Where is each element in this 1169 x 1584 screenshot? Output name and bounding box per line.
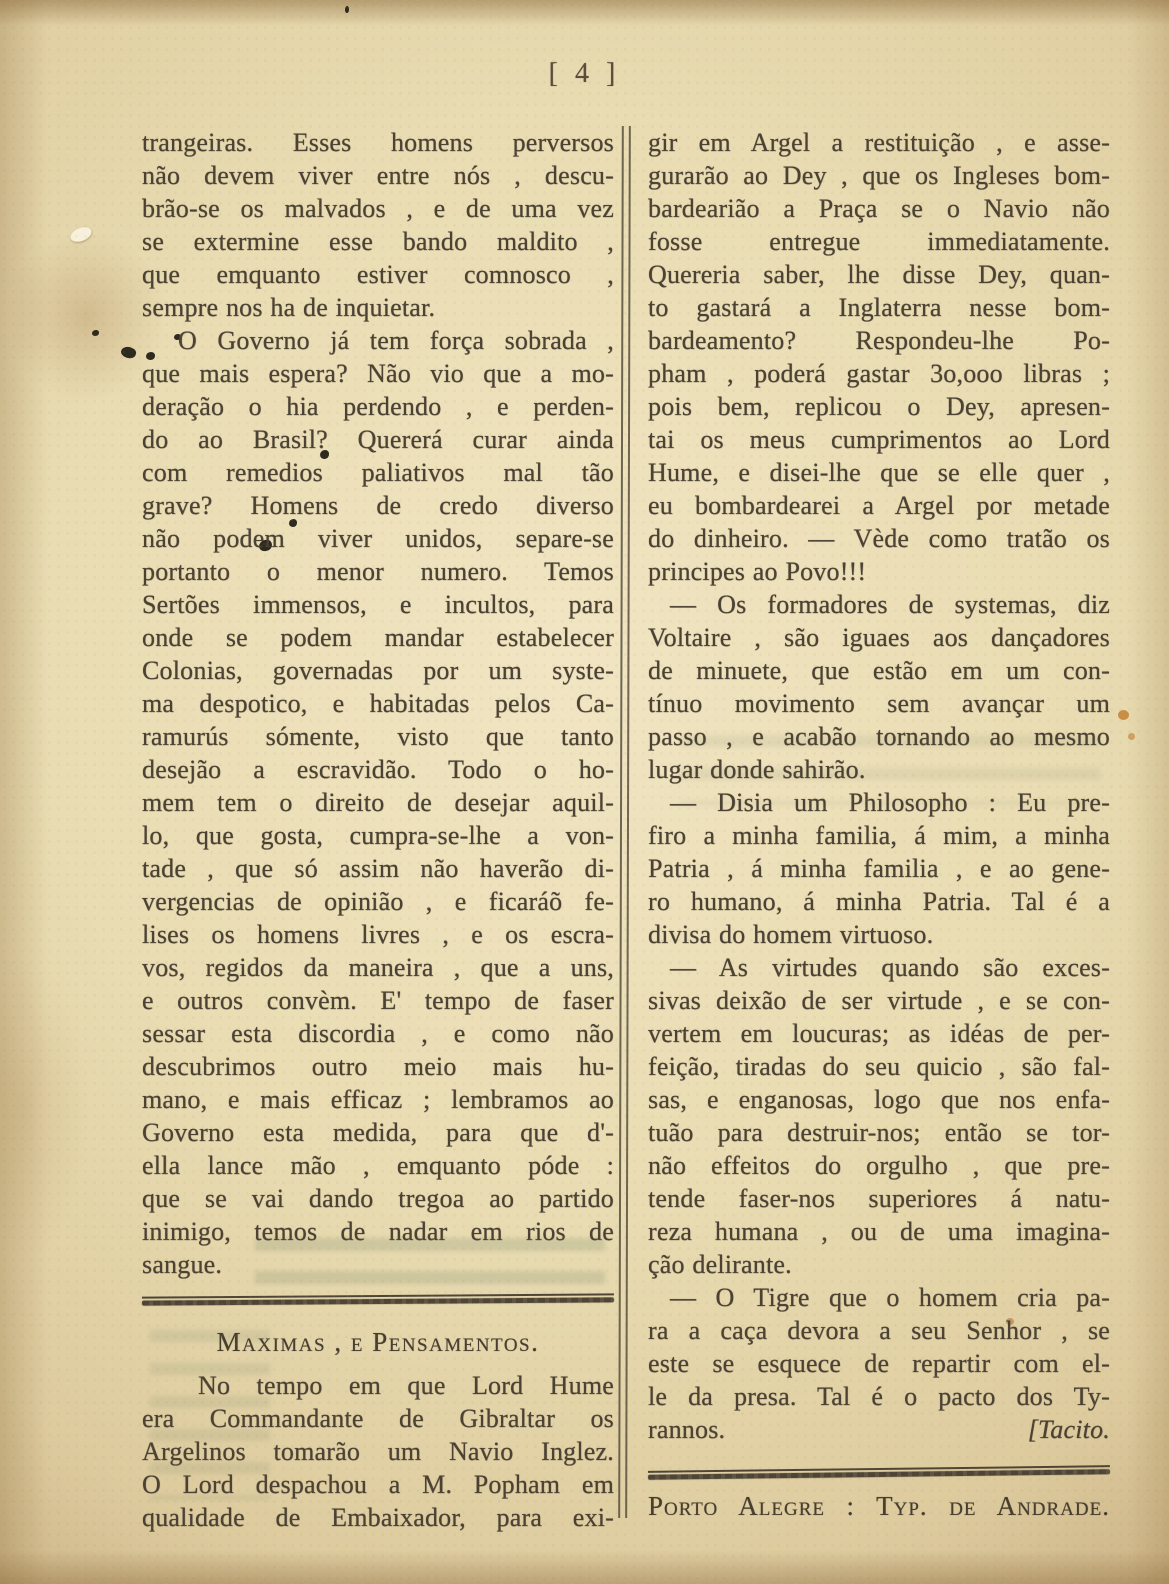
rust-spot <box>1128 733 1135 740</box>
text-line: descubrimos outro meio mais hu- <box>142 1050 614 1083</box>
text-line: passo , e acabão tornando ao mesmo <box>648 720 1110 753</box>
text-line: ro humano, á minha Patria. Tal é a <box>648 885 1110 918</box>
text-line: era Commandante de Gibraltar os <box>142 1402 614 1435</box>
text-line: divisa do homem virtuoso. <box>648 918 1110 951</box>
right-column-paragraphs: gir em Argel a restituição , e asse-gura… <box>648 126 1110 1446</box>
imprint-divider-rule <box>648 1465 1110 1480</box>
text-line: sangue. <box>142 1248 614 1281</box>
text-line: gurarão ao Dey , que os Ingleses bom- <box>648 159 1110 192</box>
section-divider-rule <box>142 1293 614 1305</box>
text-line: não effeitos do orgulho , que pre- <box>648 1149 1110 1182</box>
text-line: ma despotico, e habitadas pelos Ca- <box>142 687 614 720</box>
text-line: Sertões immensos, e incultos, para <box>142 588 614 621</box>
text-line: gir em Argel a restituição , e asse- <box>648 126 1110 159</box>
text-line: mano, e mais efficaz ; lembramos ao <box>142 1083 614 1116</box>
imprint-line: Porto Alegre : Typ. de Andrade. <box>648 1490 1110 1523</box>
text-line: com remedios paliativos mal tão <box>142 456 614 489</box>
text-line: to gastará a Inglaterra nesse bom- <box>648 291 1110 324</box>
text-line: portanto o menor numero. Temos <box>142 555 614 588</box>
text-line: eu bombardearei a Argel por metade <box>648 489 1110 522</box>
text-line: sivas deixão de ser virtude , e se con- <box>648 984 1110 1017</box>
text-line: tuão para destruir-nos; então se tor- <box>648 1116 1110 1149</box>
text-line: onde se podem mandar estabelecer <box>142 621 614 654</box>
text-line: se extermine esse bando maldito , <box>142 225 614 258</box>
text-line: e outros convèm. E' tempo de faser <box>142 984 614 1017</box>
text-line: vos, regidos da maneira , que a uns, <box>142 951 614 984</box>
paragraph: — Disia um Philosopho : Eu pre-firo a mi… <box>648 786 1110 951</box>
text-line: — Os formadores de systemas, diz <box>648 588 1110 621</box>
paragraph-end-text: rannos. <box>648 1413 725 1446</box>
text-line: inimigo, temos de nadar em rios de <box>142 1215 614 1248</box>
text-line: O Lord despachou a M. Popham em <box>142 1468 614 1501</box>
text-line: grave? Homens de credo diverso <box>142 489 614 522</box>
text-line: ella lance mão , emquanto póde : <box>142 1149 614 1182</box>
text-line: lises os homens livres , e os escra- <box>142 918 614 951</box>
paper-stain <box>0 960 90 1260</box>
text-line: bardeamento? Respondeu-lhe Po- <box>648 324 1110 357</box>
text-line: sempre nos ha de inquietar. <box>142 291 614 324</box>
paragraph: gir em Argel a restituição , e asse-gura… <box>648 126 1110 588</box>
column-right: gir em Argel a restituição , e asse-gura… <box>648 126 1110 1523</box>
left-column-section-paragraphs: No tempo em que Lord Humeera Commandante… <box>142 1369 614 1534</box>
ink-speck <box>92 330 99 336</box>
text-line: ção delirante. <box>648 1248 1110 1281</box>
text-line: Quereria saber, lhe disse Dey, quan- <box>648 258 1110 291</box>
paragraph: — As virtudes quando são exces-sivas dei… <box>648 951 1110 1281</box>
text-line: rannos.[Tacito. <box>648 1413 1110 1446</box>
text-line: fosse entregue immediatamente. <box>648 225 1110 258</box>
page-number: [ 4 ] <box>0 58 1169 90</box>
text-line: desejão a escravidão. Todo o ho- <box>142 753 614 786</box>
text-line: trangeiras. Esses homens perversos <box>142 126 614 159</box>
text-line: feição, tiradas do seu quicio , são fal- <box>648 1050 1110 1083</box>
text-line: vergencias de opinião , e ficaráõ fe- <box>142 885 614 918</box>
paragraph: No tempo em que Lord Humeera Commandante… <box>142 1369 614 1534</box>
attribution-text: [Tacito. <box>1028 1413 1110 1446</box>
text-line: qualidade de Embaixador, para exi- <box>142 1501 614 1534</box>
text-line: não podem viver unidos, separe-se <box>142 522 614 555</box>
text-line: não devem viver entre nós , descu- <box>142 159 614 192</box>
text-line: que emquanto estiver comnosco , <box>142 258 614 291</box>
text-line: No tempo em que Lord Hume <box>142 1369 614 1402</box>
text-line: ramurús sómente, visto que tanto <box>142 720 614 753</box>
text-line: mem tem o direito de desejar aquil- <box>142 786 614 819</box>
text-line: sas, e enganosas, logo que nos enfa- <box>648 1083 1110 1116</box>
text-line: ra a caça devora a seu Senhor , se <box>648 1314 1110 1347</box>
text-line: vertem em loucuras; as idéas de per- <box>648 1017 1110 1050</box>
text-line: — O Tigre que o homem cria pa- <box>648 1281 1110 1314</box>
left-column-paragraphs: trangeiras. Esses homens perversosnão de… <box>142 126 614 1281</box>
text-line: tade , que só assim não haverão di- <box>142 852 614 885</box>
text-line: brão-se os malvados , e de uma vez <box>142 192 614 225</box>
text-line: do ao Brasil? Quererá curar ainda <box>142 423 614 456</box>
section-heading: Maximas , e Pensamentos. <box>142 1326 614 1359</box>
ink-speck <box>345 6 349 13</box>
text-line: Argelinos tomarão um Navio Inglez. <box>142 1435 614 1468</box>
text-line: firo a minha familia, á mim, a minha <box>648 819 1110 852</box>
text-line: do dinheiro. — Vède como tratão os <box>648 522 1110 555</box>
text-line: Governo esta medida, para que d'- <box>142 1116 614 1149</box>
paragraph: trangeiras. Esses homens perversosnão de… <box>142 126 614 324</box>
paragraph: — O Tigre que o homem cria pa-ra a caça … <box>648 1281 1110 1446</box>
text-line: tende faser-nos superiores á natu- <box>648 1182 1110 1215</box>
text-line: tínuo movimento sem avançar um <box>648 687 1110 720</box>
text-line: pham , poderá gastar 3o,ooo libras ; <box>648 357 1110 390</box>
text-line: pois bem, replicou o Dey, apresen- <box>648 390 1110 423</box>
text-line: deração o hia perdendo , e perden- <box>142 390 614 423</box>
column-divider-rule <box>618 126 631 1518</box>
text-line: de minuete, que estão em um con- <box>648 654 1110 687</box>
rust-spot <box>1118 710 1129 720</box>
text-line: Hume, e disei-lhe que se elle quer , <box>648 456 1110 489</box>
text-line: — Disia um Philosopho : Eu pre- <box>648 786 1110 819</box>
text-line: sessar esta discordia , e como não <box>142 1017 614 1050</box>
column-left: trangeiras. Esses homens perversosnão de… <box>142 126 614 1534</box>
text-line: lugar donde sahirão. <box>648 753 1110 786</box>
text-line: lo, que gosta, cumpra-se-lhe a von- <box>142 819 614 852</box>
text-line: Voltaire , são iguaes aos dançadores <box>648 621 1110 654</box>
text-line: que se vai dando tregoa ao partido <box>142 1182 614 1215</box>
text-line: este se esquece de repartir com el- <box>648 1347 1110 1380</box>
text-line: tai os meus cumprimentos ao Lord <box>648 423 1110 456</box>
paragraph: — Os formadores de systemas, dizVoltaire… <box>648 588 1110 786</box>
ink-speck <box>120 345 138 360</box>
paper-chip <box>68 224 93 244</box>
text-line: Patria , á minha familia , e ao gene- <box>648 852 1110 885</box>
text-line: que mais espera? Não vio que a mo- <box>142 357 614 390</box>
text-line: principes ao Povo!!! <box>648 555 1110 588</box>
text-line: bardearião a Praça se o Navio não <box>648 192 1110 225</box>
text-line: — As virtudes quando são exces- <box>648 951 1110 984</box>
text-line: le da presa. Tal é o pacto dos Ty- <box>648 1380 1110 1413</box>
text-line: O Governo já tem força sobrada , <box>142 324 614 357</box>
text-line: Colonias, governadas por um syste- <box>142 654 614 687</box>
text-line: reza humana , ou de uma imagina- <box>648 1215 1110 1248</box>
newspaper-page: [ 4 ] trangeiras. Esses homens perversos… <box>0 0 1169 1584</box>
paragraph: O Governo já tem força sobrada ,que mais… <box>142 324 614 1281</box>
